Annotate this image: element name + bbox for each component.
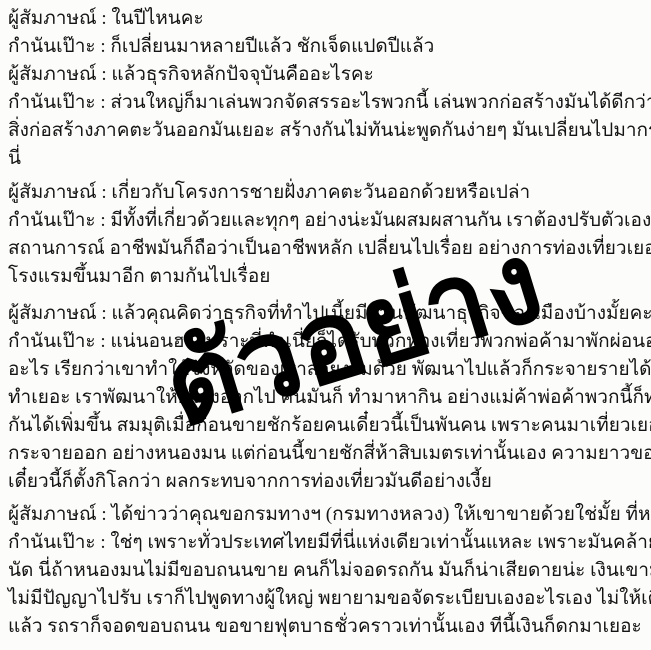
text-line: กระจายออก อย่างหนองมน แต่ก่อนนี้ขายชักสี… (8, 440, 645, 468)
paragraph-block: ผู้สัมภาษณ์ : แล้วคุณคิดว่าธุรกิจที่ทำไป… (8, 300, 645, 496)
text-line: ผู้สัมภาษณ์ : เกี่ยวกับโครงการชายฝั่งภาค… (8, 179, 645, 207)
text-line: ทำเยอะ เราพัฒนาให้กว้างออกไป คนมันก็ ทำม… (8, 384, 645, 412)
text-line: ผู้สัมภาษณ์ : ในปีไหนคะ (8, 5, 645, 33)
text-line: สถานการณ์ อาชีพมันก็ถือว่าเป็นอาชีพหลัก … (8, 235, 645, 263)
text-line: ผู้สัมภาษณ์ : แล้วธุรกิจหลักปัจจุบันคืออ… (8, 61, 645, 89)
text-line: ผู้สัมภาษณ์ : ได้ข่าวว่าคุณขอกรมทางฯ (กร… (8, 501, 645, 529)
text-line: นี่ (8, 145, 645, 173)
text-line: กำนันเป๊าะ : ส่วนใหญ่ก็มาเล่นพวกจัดสรรอะ… (8, 89, 645, 117)
transcript-body: ผู้สัมภาษณ์ : ในปีไหนคะ กำนันเป๊าะ : ก็เ… (0, 0, 651, 641)
text-line: กำนันเป๊าะ : มีทั้งที่เกี่ยวด้วยและทุกๆ … (8, 207, 645, 235)
text-line: กันได้เพิ่มขึ้น สมมุติเมื่อก่อนขายชักร้อ… (8, 412, 645, 440)
document-page: ผู้สัมภาษณ์ : ในปีไหนคะ กำนันเป๊าะ : ก็เ… (0, 0, 651, 650)
paragraph-block: ผู้สัมภาษณ์ : ในปีไหนคะ กำนันเป๊าะ : ก็เ… (8, 5, 645, 173)
text-line: กำนันเป๊าะ : แน่นอนฮะ เพราะที่ทำเนี่ยก็ไ… (8, 328, 645, 356)
text-line: นัด นี่ถ้าหนองมนไม่มีขอบถนนขาย คนก็ไม่จอ… (8, 557, 645, 585)
paragraph-block: ผู้สัมภาษณ์ : เกี่ยวกับโครงการชายฝั่งภาค… (8, 179, 645, 291)
text-line: ไม่มีปัญญาไปรับ เราก็ไปพูดทางผู้ใหญ่ พยา… (8, 585, 645, 613)
text-line: เดี๋ยวนี้ก็ตั้งกิโลกว่า ผลกระทบจากการท่อ… (8, 468, 645, 496)
text-line: อะไร เรียกว่าเขาทำให้จังหวัดของเราสวยงาม… (8, 356, 645, 384)
text-line: สิ่งก่อสร้างภาคตะวันออกมันเยอะ สร้างกันไ… (8, 117, 645, 145)
text-line: กำนันเป๊าะ : ใช่ๆ เพราะทั่วประเทศไทยมีที… (8, 529, 645, 557)
text-line: โรงแรมขึ้นมาอีก ตามกันไปเรื่อย (8, 263, 645, 291)
text-line: ผู้สัมภาษณ์ : แล้วคุณคิดว่าธุรกิจที่ทำไป… (8, 300, 645, 328)
text-line: แล้ว รถราก็จอดขอบถนน ขอขายฟุตบาธชั่วคราว… (8, 613, 645, 641)
text-line: กำนันเป๊าะ : ก็เปลี่ยนมาหลายปีแล้ว ชักเจ… (8, 33, 645, 61)
paragraph-block: ผู้สัมภาษณ์ : ได้ข่าวว่าคุณขอกรมทางฯ (กร… (8, 501, 645, 641)
